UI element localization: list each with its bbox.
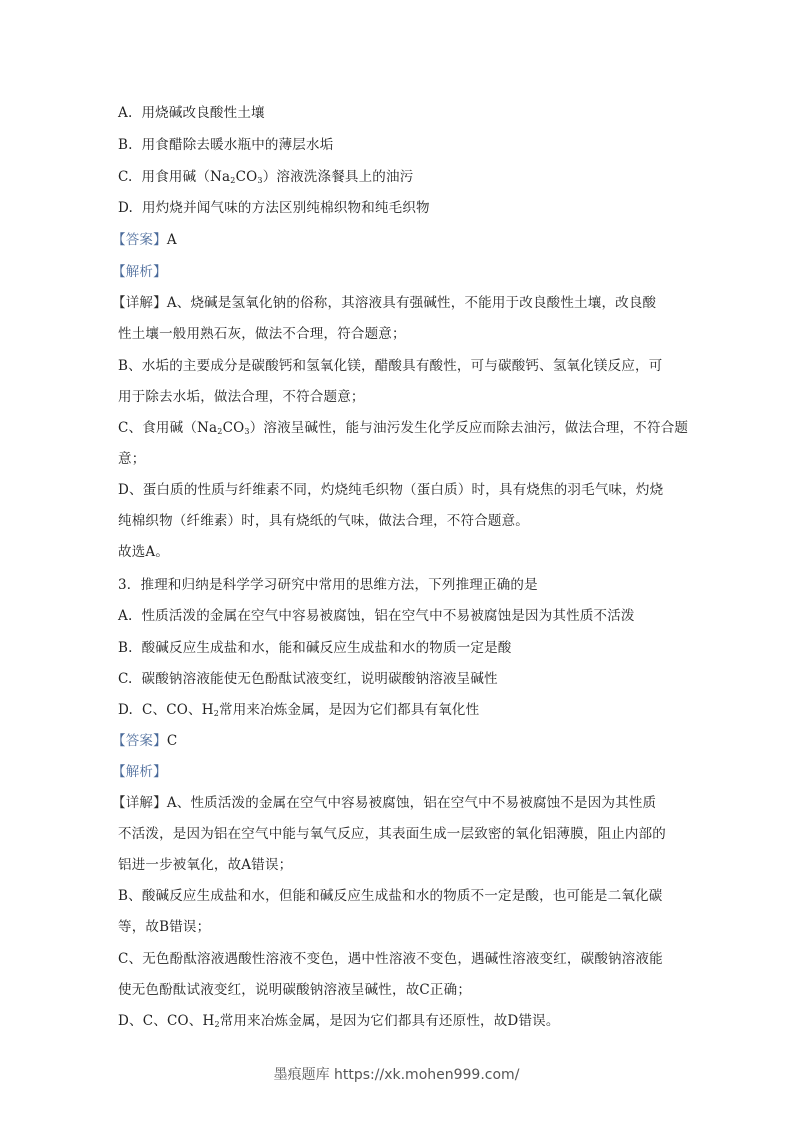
q3-analysis-tag: 【解析】	[112, 763, 167, 781]
q2-detail-line-6: D、蛋白质的性质与纤维素不同，灼烧纯毛织物（蛋白质）时，具有烧焦的羽毛气味，灼烧	[118, 481, 663, 499]
q2-option-a: A. 用烧碱改良酸性土壤	[118, 104, 265, 122]
q3-detail-line-1: 【详解】A、性质活泼的金属在空气中容易被腐蚀，铝在空气中不易被腐蚀不是因为其性质	[112, 794, 656, 812]
q3-option-b: B. 酸碱反应生成盐和水，能和碱反应生成盐和水的物质一定是酸	[118, 639, 512, 657]
q2-detail-line-2: 性土壤一般用熟石灰，做法不合理，符合题意；	[118, 325, 406, 343]
q3-detail-line-3: 铝进一步被氧化，故A错误；	[118, 856, 292, 874]
q2-conclusion: 故选A。	[118, 543, 169, 561]
q3-detail-line-4: B、酸碱反应生成盐和水，但能和碱反应生成盐和水的物质不一定是酸，也可能是二氧化碳	[118, 887, 662, 905]
q3-detail-line-6: C、无色酚酞溶液遇酸性溶液不变色，遇中性溶液不变色，遇碱性溶液变红，碳酸钠溶液能	[118, 950, 663, 968]
q3-option-d: D. C、CO、H2常用来冶炼金属，是因为它们都具有氧化性	[118, 701, 479, 723]
q2-detail-line-1: 【详解】A、烧碱是氢氧化钠的俗称，其溶液具有强碱性，不能用于改良酸性土壤，改良酸	[112, 294, 656, 312]
q2-detail-line-3: B、水垢的主要成分是碳酸钙和氢氧化镁，醋酸具有酸性，可与碳酸钙、氢氧化镁反应，可	[118, 357, 662, 375]
q3-detail-line-d: D、C、CO、H2常用来冶炼金属，是因为它们都具有还原性，故D错误。	[118, 1012, 560, 1034]
q2-detail-line-c: C、食用碱（Na2CO3）溶液呈碱性，能与油污发生化学反应而除去油污，做法合理，…	[118, 419, 688, 441]
q3-stem: 3．推理和归纳是科学学习研究中常用的思维方法，下列推理正确的是	[118, 576, 538, 594]
q3-detail-line-2: 不活泼，是因为铝在空气中能与氧气反应，其表面生成一层致密的氧化铝薄膜，阻止内部的	[118, 825, 666, 843]
document-page: A. 用烧碱改良酸性土壤 B. 用食醋除去暖水瓶中的薄层水垢 C. 用食用碱（N…	[0, 0, 793, 1122]
q2-answer: 【答案】A	[112, 231, 177, 249]
q2-detail-line-7: 纯棉织物（纤维素）时，具有烧纸的气味，做法合理，不符合题意。	[118, 512, 529, 530]
footer-watermark: 墨痕题库 https://xk.mohen999.com/	[0, 1064, 793, 1084]
q3-option-c: C. 碳酸钠溶液能使无色酚酞试液变红，说明碳酸钠溶液呈碱性	[118, 670, 498, 688]
q3-detail-line-7: 使无色酚酞试液变红，说明碳酸钠溶液呈碱性，故C正确；	[118, 981, 471, 999]
q2-option-c: C. 用食用碱（Na2CO3）溶液洗涤餐具上的油污	[118, 168, 413, 190]
q2-option-d: D. 用灼烧并闻气味的方法区别纯棉织物和纯毛织物	[118, 199, 430, 217]
q2-detail-line-4: 用于除去水垢，做法合理，不符合题意；	[118, 388, 365, 406]
q2-analysis-tag: 【解析】	[112, 263, 167, 281]
q2-detail-line-5: 意；	[118, 450, 145, 468]
q3-option-a: A. 性质活泼的金属在空气中容易被腐蚀，铝在空气中不易被腐蚀是因为其性质不活泼	[118, 607, 635, 625]
q3-detail-line-5: 等，故B错误；	[118, 918, 210, 936]
q2-option-b: B. 用食醋除去暖水瓶中的薄层水垢	[118, 136, 333, 154]
q3-answer: 【答案】C	[112, 732, 177, 750]
